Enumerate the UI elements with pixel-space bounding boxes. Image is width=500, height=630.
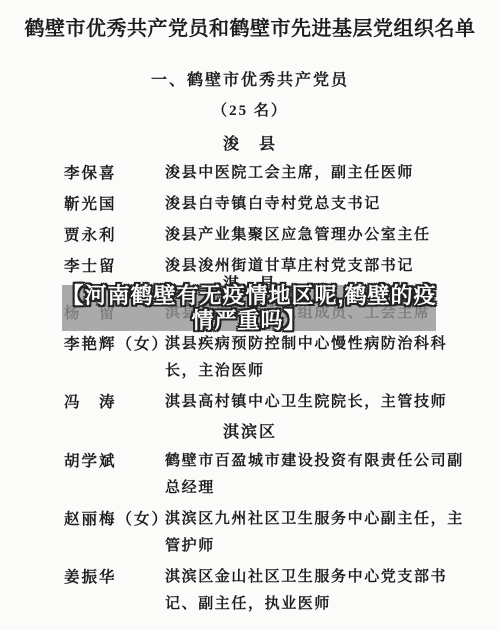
- table-row: 李艳辉（女） 淇县疾病预防控制中心慢性病防治科科长，主治医师: [0, 331, 500, 385]
- table-row: 靳光国 浚县白寺镇白寺村党总支书记: [0, 191, 500, 218]
- member-name: 赵丽梅（女）: [64, 506, 165, 560]
- watermark-overlay: 【河南鹤壁有无疫情地区呢,鹤壁的疫 情严重吗】: [62, 285, 436, 331]
- watermark-text-line1: 【河南鹤壁有无疫情地区呢,鹤壁的疫: [61, 283, 436, 308]
- member-name: 李保喜: [64, 160, 165, 187]
- member-title: 淇县疾病预防控制中心慢性病防治科科长，主治医师: [165, 331, 465, 385]
- group-heading-xun-county: 浚 县: [0, 134, 500, 156]
- count-note: （25 名）: [0, 101, 500, 121]
- page-title: 鹤壁市优秀共产党员和鹤壁市先进基层党组织名单: [0, 0, 500, 42]
- member-name: 靳光国: [64, 191, 165, 218]
- member-name: 李艳辉（女）: [64, 331, 165, 385]
- member-name: 李士留: [64, 253, 165, 280]
- section-heading: 一、鹤壁市优秀共产党员: [0, 70, 500, 92]
- member-title: 浚县白寺镇白寺村党总支书记: [165, 191, 465, 218]
- member-title: 淇滨区九州社区卫生服务中心副主任，主管护师: [165, 506, 465, 560]
- table-row: 贾永利 浚县产业集聚区应急管理办公室主任: [0, 222, 500, 249]
- table-row: 赵丽梅（女） 淇滨区九州社区卫生服务中心副主任，主管护师: [0, 506, 500, 560]
- member-name: 冯 涛: [64, 389, 165, 416]
- member-name: 姜振华: [64, 564, 165, 618]
- member-title: 浚县产业集聚区应急管理办公室主任: [165, 222, 465, 249]
- member-title: 淇县高村镇中心卫生院院长，主管技师: [165, 389, 465, 416]
- table-row: 胡学斌 鹤壁市百盈城市建设投资有限责任公司副总经理: [0, 448, 500, 502]
- member-title: 淇滨区金山社区卫生服务中心党支部书记、副主任，执业医师: [165, 564, 465, 618]
- member-name: 胡学斌: [64, 448, 165, 502]
- document-page: 鹤壁市优秀共产党员和鹤壁市先进基层党组织名单 一、鹤壁市优秀共产党员 （25 名…: [0, 0, 500, 630]
- table-row: 李保喜 浚县中医院工会主席，副主任医师: [0, 160, 500, 187]
- watermark-text-line2: 情严重吗】: [191, 308, 306, 333]
- member-title: 鹤壁市百盈城市建设投资有限责任公司副总经理: [165, 448, 465, 502]
- member-title: 浚县中医院工会主席，副主任医师: [165, 160, 465, 187]
- group-heading-qibin-district: 淇滨区: [0, 422, 500, 444]
- table-row: 冯 涛 淇县高村镇中心卫生院院长，主管技师: [0, 389, 500, 416]
- table-row: 姜振华 淇滨区金山社区卫生服务中心党支部书记、副主任，执业医师: [0, 564, 500, 618]
- member-title: 浚县浚州街道甘草庄村党支部书记: [165, 253, 465, 280]
- member-name: 贾永利: [64, 222, 165, 249]
